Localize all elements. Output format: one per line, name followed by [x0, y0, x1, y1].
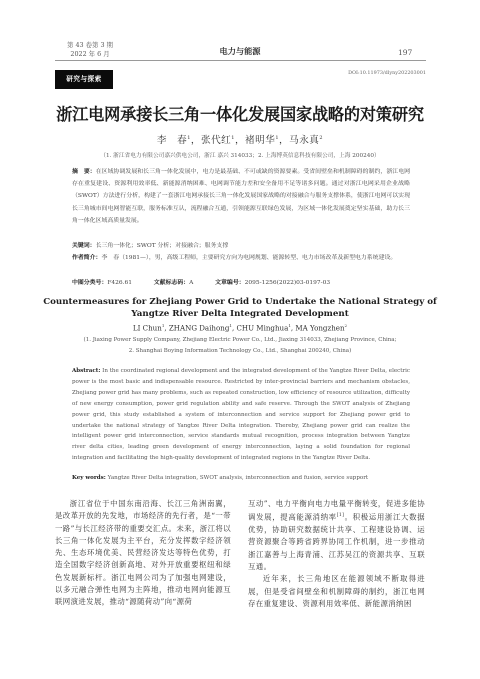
abstract-label: 摘 要： [72, 169, 96, 175]
clc-value: F426.61 [107, 280, 132, 286]
bio-label: 作者简介： [72, 255, 101, 261]
author-bio-cn: 作者简介：李 春（1981—），男，高级工程师，主要研究方向为电网规划、能源转型… [72, 252, 410, 264]
body-column-right: 互动”、电力平衡向电力电量平衡转变，促进多能协调发展，提高能源消纳率[1]。积极… [248, 498, 425, 610]
body-paragraph: 浙江省位于中国东南沿海、长江三角洲南翼，是改革开放的先发地，市场经济的先行者，是… [55, 498, 231, 609]
abstract-en-text: In the coordinated regional development … [72, 368, 410, 461]
keywords-en: Key words: Yangtze River Delta integrati… [72, 473, 410, 484]
authors-cn: 李 春1，张代红1，褚明华1，马永真2 [0, 132, 480, 146]
body-column-left: 浙江省位于中国东南沿海、长江三角洲南翼，是改革开放的先发地，市场经济的先行者，是… [55, 498, 231, 609]
clc-label: 中图分类号： [72, 280, 107, 286]
author-sup: 1 [229, 323, 232, 328]
affiliations-cn: （1. 浙江省电力有限公司嘉兴供电公司，浙江 嘉兴 314033；2. 上海博英… [0, 150, 480, 159]
page-number: 197 [398, 48, 412, 57]
classification-line: 中图分类号：F426.61 文献标志码：A 文章编号：2095-1256(202… [72, 277, 410, 289]
header-rule [55, 60, 426, 61]
author-sup: 2 [345, 323, 348, 328]
affiliations-en-line2: 2. Shanghai Boying Information Technolog… [0, 348, 480, 354]
author-name: 李 春 [157, 135, 187, 146]
author-sup: 1 [275, 135, 279, 141]
author-sup: 1 [288, 323, 291, 328]
authors-en: LI Chun1, ZHANG Daihong1, CHU Minghua1, … [0, 323, 480, 332]
body-paragraph: 互动”、电力平衡向电力电量平衡转变，促进多能协调发展，提高能源消纳率[1]。积极… [248, 498, 425, 573]
keywords-text: 长三角一体化；SWOT 分析；对接融合；服务支撑 [96, 243, 229, 249]
affiliations-en-line1: (1. Jiaxing Power Supply Company, Zhejia… [0, 337, 480, 343]
keywords-en-text: Yangtze River Delta integration, SWOT an… [106, 475, 368, 481]
abstract-text: 在区域协调发展和长三角一体化发展中，电力是最基础、不可或缺的资源要素。受省间壁垒… [72, 169, 410, 224]
doc-code-value: A [189, 280, 193, 286]
author-name: 马永真 [289, 135, 319, 146]
doi[interactable]: DOI:10.11973/dlyny202203001 [290, 70, 426, 76]
article-title-en-line2: Yangtze River Delta Integrated Developme… [0, 309, 480, 319]
article-title-cn: 浙江电网承接长三角一体化发展国家战略的对策研究 [0, 101, 480, 125]
author-name: MA Yongzhen [295, 323, 344, 332]
doc-code-label: 文献标志码： [154, 280, 189, 286]
author-name: 张代红 [201, 135, 231, 146]
keywords-en-label: Key words: [72, 475, 106, 481]
abstract-en-label: Abstract: [72, 368, 100, 374]
author-sup: 2 [319, 135, 323, 141]
author-name: CHU Minghua [236, 323, 288, 332]
author-name: ZHANG Daihong [169, 323, 230, 332]
keywords-label: 关键词： [72, 243, 96, 249]
author-sup: 1 [231, 135, 235, 141]
section-tag: 研究与探索 [55, 70, 113, 89]
body-paragraph: 近年来，长三角地区在能源领域不断取得进展，但是受省间壁垒和机制障碍的制约，浙江电… [248, 573, 425, 610]
keywords-cn: 关键词：长三角一体化；SWOT 分析；对接融合；服务支撑 [72, 240, 410, 252]
article-no-value: 2095-1256(2022)03-0197-03 [245, 280, 331, 286]
abstract-cn: 摘 要：在区域协调发展和长三角一体化发展中，电力是最基础、不可或缺的资源要素。受… [72, 166, 410, 227]
article-title-en-line1: Countermeasures for Zhejiang Power Grid … [0, 297, 480, 307]
article-no-label: 文章编号： [215, 280, 244, 286]
author-sup: 1 [187, 135, 191, 141]
author-sup: 1 [162, 323, 165, 328]
author-name: 褚明华 [245, 135, 275, 146]
bio-text: 李 春（1981—），男，高级工程师，主要研究方向为电网规划、能源转型、电力市场… [101, 255, 396, 261]
author-name: LI Chun [133, 323, 162, 332]
abstract-en: Abstract: In the coordinated regional de… [72, 366, 410, 464]
